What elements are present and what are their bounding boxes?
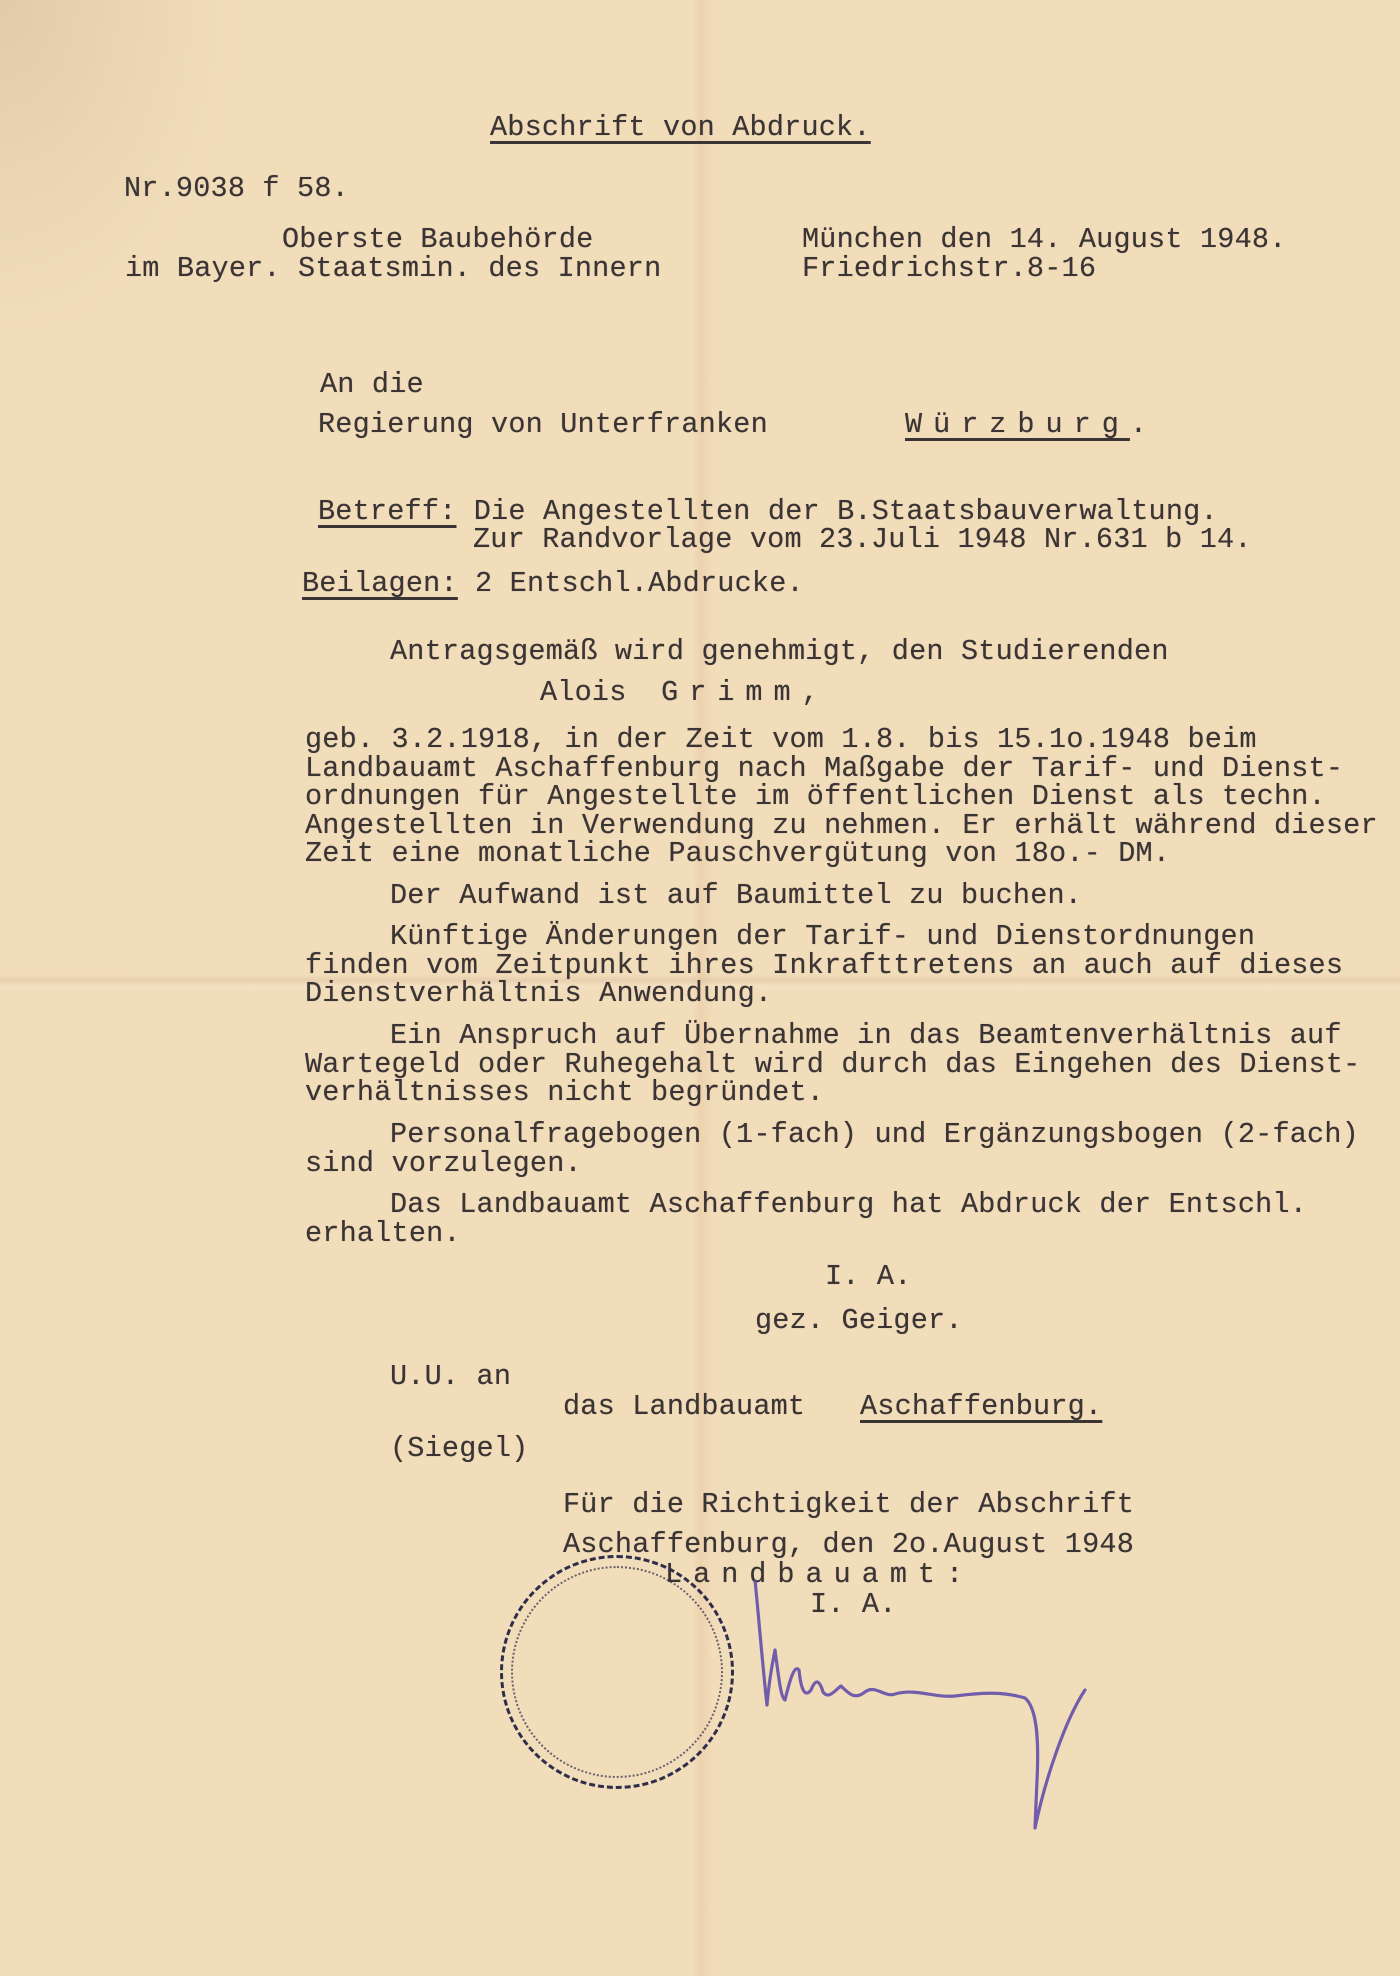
signature-ia: I. A. bbox=[825, 1262, 912, 1292]
seal-note: (Siegel) bbox=[390, 1434, 528, 1464]
recipient-city-wrap: Würzburg. bbox=[905, 410, 1147, 440]
paragraph-1-intro: Antragsgemäß wird genehmigt, den Studier… bbox=[390, 637, 1169, 667]
person-name-punct: , bbox=[802, 676, 819, 709]
betreff-line-2: Zur Randvorlage vom 23.Juli 1948 Nr.631 … bbox=[473, 525, 1252, 555]
recipient-city-punct: . bbox=[1130, 408, 1147, 441]
person-name: Alois Grimm, bbox=[540, 678, 819, 708]
beilagen-label: Beilagen: bbox=[302, 567, 458, 600]
sender-line-2: im Bayer. Staatsmin. des Innern bbox=[125, 254, 661, 284]
paragraph-6-line: erhalten. bbox=[305, 1219, 461, 1249]
paragraph-1-line: ordnungen für Angestellte im öffentliche… bbox=[305, 782, 1326, 812]
seal-inner-ring bbox=[511, 1566, 723, 1778]
paragraph-5-line: Personalfragebogen (1-fach) und Ergänzun… bbox=[390, 1120, 1359, 1150]
paragraph-6-line: Das Landbauamt Aschaffenburg hat Abdruck… bbox=[390, 1190, 1307, 1220]
copy-to-city: Aschaffenburg. bbox=[860, 1392, 1102, 1422]
person-last-name: Grimm bbox=[661, 676, 802, 709]
paragraph-5-line: sind vorzulegen. bbox=[305, 1149, 582, 1179]
beilagen-text: 2 Entschl.Abdrucke. bbox=[475, 567, 804, 600]
sender-line-1: Oberste Baubehörde bbox=[282, 225, 593, 255]
handwritten-signature bbox=[745, 1580, 1105, 1840]
official-seal-stamp bbox=[500, 1555, 734, 1789]
paragraph-4-line: verhältnisses nicht begründet. bbox=[305, 1078, 824, 1108]
signature-signed: gez. Geiger. bbox=[755, 1306, 963, 1336]
copy-to-label: U.U. an bbox=[390, 1362, 511, 1392]
reference-number: Nr.9038 f 58. bbox=[124, 174, 349, 204]
certification-line-1: Für die Richtigkeit der Abschrift bbox=[563, 1490, 1134, 1520]
paragraph-2: Der Aufwand ist auf Baumittel zu buchen. bbox=[390, 881, 1082, 911]
betreff-label: Betreff: bbox=[318, 495, 456, 528]
beilagen-line: Beilagen: 2 Entschl.Abdrucke. bbox=[302, 569, 804, 599]
document-title: Abschrift von Abdruck. bbox=[490, 113, 871, 143]
place-date: München den 14. August 1948. bbox=[802, 225, 1286, 255]
certification-line-2: Aschaffenburg, den 2o.August 1948 bbox=[563, 1530, 1134, 1560]
person-first-name: Alois bbox=[540, 676, 627, 709]
paragraph-1-line: geb. 3.2.1918, in der Zeit vom 1.8. bis … bbox=[305, 725, 1257, 755]
recipient-city: Würzburg bbox=[905, 408, 1130, 441]
paragraph-1-line: Zeit eine monatliche Pauschvergütung von… bbox=[305, 839, 1170, 869]
paragraph-3-line: Dienstverhältnis Anwendung. bbox=[305, 979, 772, 1009]
address-street: Friedrichstr.8-16 bbox=[802, 254, 1096, 284]
copy-to-recipient: das Landbauamt bbox=[563, 1392, 805, 1422]
recipient-salutation: An die bbox=[320, 370, 424, 400]
paragraph-3-line: Künftige Änderungen der Tarif- und Diens… bbox=[390, 922, 1255, 952]
paragraph-4-line: Ein Anspruch auf Übernahme in das Beamte… bbox=[390, 1021, 1342, 1051]
recipient-name: Regierung von Unterfranken bbox=[318, 410, 768, 440]
